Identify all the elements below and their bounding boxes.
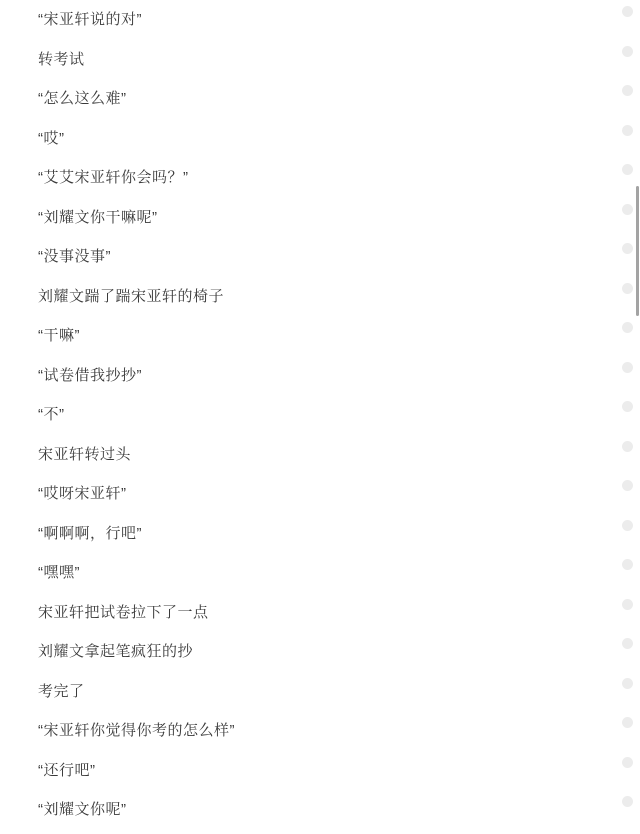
paragraph-text: “艾艾宋亚轩你会吗？” (38, 170, 189, 185)
paragraph-dot-icon[interactable] (622, 6, 633, 17)
paragraph-text: “怎么这么难” (38, 91, 127, 106)
paragraph-dot-icon[interactable] (622, 322, 633, 333)
paragraph-dot-icon[interactable] (622, 362, 633, 373)
paragraph-row: “刘耀文你干嘛呢” (0, 198, 640, 238)
paragraph-dot-icon[interactable] (622, 204, 633, 215)
paragraph-row: “刘耀文你呢” (0, 790, 640, 830)
paragraph-row: 刘耀文踹了踹宋亚轩的椅子 (0, 277, 640, 317)
paragraph-row: “还行吧” (0, 751, 640, 791)
paragraph-dot-icon[interactable] (622, 46, 633, 57)
reader-page: “宋亚轩说的对”转考试“怎么这么难”“哎”“艾艾宋亚轩你会吗？”“刘耀文你干嘛呢… (0, 0, 640, 834)
paragraph-row: “怎么这么难” (0, 79, 640, 119)
paragraph-row: 宋亚轩转过头 (0, 435, 640, 475)
paragraph-row: 考完了 (0, 672, 640, 712)
paragraph-text: “还行吧” (38, 763, 96, 778)
paragraph-row: “哎呀宋亚轩” (0, 474, 640, 514)
paragraph-row: “试卷借我抄抄” (0, 356, 640, 396)
paragraph-dot-icon[interactable] (622, 401, 633, 412)
paragraph-text: “宋亚轩说的对” (38, 12, 142, 27)
paragraph-text: “宋亚轩你觉得你考的怎么样” (38, 723, 235, 738)
paragraph-row: “干嘛” (0, 316, 640, 356)
paragraph-dot-icon[interactable] (622, 441, 633, 452)
paragraph-text: “不” (38, 407, 65, 422)
paragraph-dot-icon[interactable] (622, 638, 633, 649)
paragraph-dot-icon[interactable] (622, 717, 633, 728)
paragraph-text: “试卷借我抄抄” (38, 368, 142, 383)
paragraph-row: “没事没事” (0, 237, 640, 277)
paragraph-row: 宋亚轩把试卷拉下了一点 (0, 593, 640, 633)
paragraph-text: 宋亚轩把试卷拉下了一点 (38, 605, 209, 620)
paragraph-row: “艾艾宋亚轩你会吗？” (0, 158, 640, 198)
paragraph-text: 考完了 (38, 684, 85, 699)
paragraph-text: “啊啊啊，行吧” (38, 526, 142, 541)
paragraph-text: 宋亚轩转过头 (38, 447, 131, 462)
paragraph-dot-icon[interactable] (622, 85, 633, 96)
paragraph-dot-icon[interactable] (622, 125, 633, 136)
paragraph-dot-icon[interactable] (622, 559, 633, 570)
paragraph-dot-icon[interactable] (622, 164, 633, 175)
paragraph-row: “啊啊啊，行吧” (0, 514, 640, 554)
paragraph-text: “干嘛” (38, 328, 80, 343)
paragraph-dot-icon[interactable] (622, 520, 633, 531)
paragraph-row: “宋亚轩你觉得你考的怎么样” (0, 711, 640, 751)
paragraph-text: “哎呀宋亚轩” (38, 486, 127, 501)
paragraph-row: 转考试 (0, 40, 640, 80)
paragraph-text: “嘿嘿” (38, 565, 80, 580)
paragraph-dot-icon[interactable] (622, 283, 633, 294)
paragraph-text: “哎” (38, 131, 65, 146)
paragraph-row: 刘耀文拿起笔疯狂的抄 (0, 632, 640, 672)
paragraph-row: “宋亚轩说的对” (0, 0, 640, 40)
paragraph-row: “哎” (0, 119, 640, 159)
paragraph-dot-icon[interactable] (622, 243, 633, 254)
paragraph-dot-icon[interactable] (622, 796, 633, 807)
paragraph-text: “刘耀文你呢” (38, 802, 127, 817)
paragraph-text: “刘耀文你干嘛呢” (38, 210, 158, 225)
paragraph-text: 转考试 (38, 52, 85, 67)
paragraph-row: “嘿嘿” (0, 553, 640, 593)
paragraph-text: 刘耀文踹了踹宋亚轩的椅子 (38, 289, 224, 304)
paragraph-text: 刘耀文拿起笔疯狂的抄 (38, 644, 193, 659)
paragraph-dot-icon[interactable] (622, 757, 633, 768)
paragraph-dot-icon[interactable] (622, 599, 633, 610)
paragraph-dot-icon[interactable] (622, 480, 633, 491)
paragraph-dot-icon[interactable] (622, 678, 633, 689)
paragraph-row: “不” (0, 395, 640, 435)
paragraph-text: “没事没事” (38, 249, 111, 264)
